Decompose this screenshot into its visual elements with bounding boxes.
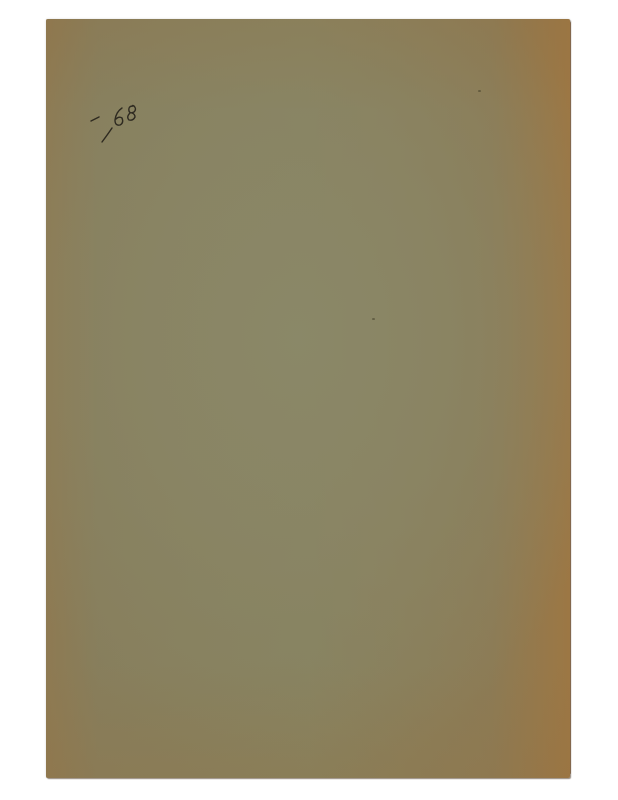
handwriting-glyphs: [88, 100, 158, 150]
paper-speck: [478, 90, 481, 92]
paper-speck: [372, 318, 375, 320]
handwritten-annotation: [88, 100, 158, 150]
